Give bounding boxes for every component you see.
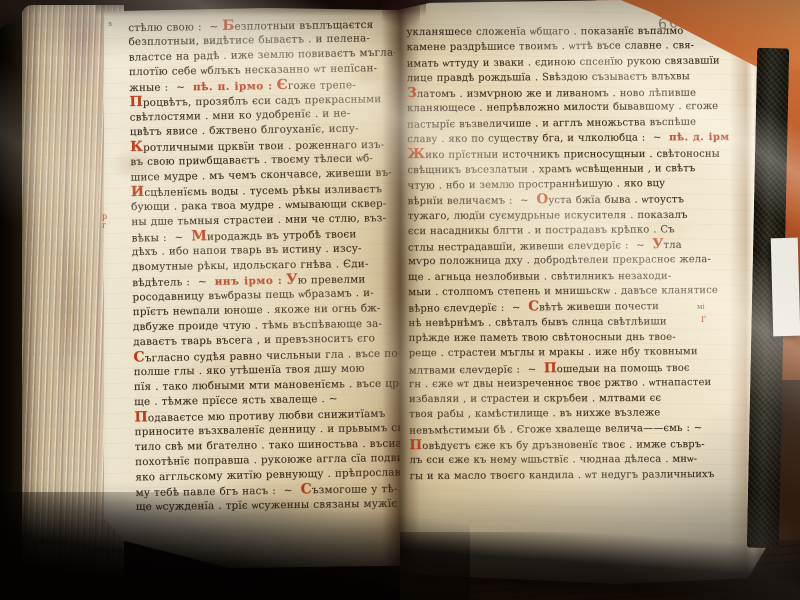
rubric-initial: Є [276, 77, 288, 93]
ink-text: плотїю себе ѡблъкъ несказанно ѡт непїсан… [129, 62, 377, 78]
ink-text: избавляи , и страстеи и скръбеи . млтвам… [409, 393, 661, 405]
rubric-initial: У [652, 236, 663, 252]
ink-text: мыи . столпомъ степень и мнишьскѡ . давъ… [408, 285, 718, 298]
rubric-initial: С [528, 299, 539, 315]
left-page: стѣлю свою : ~ Безплотныи въплъщаєтсябез… [104, 8, 402, 568]
rubric-initial: П [134, 409, 148, 425]
ink-text: лъ єси єже къ нему ѡшьствїє . чюднаа дѣл… [409, 454, 697, 466]
margin-mark: мі [697, 303, 705, 311]
ink-text: єси насадникы блгти . и пострадавъ крѣпк… [408, 224, 675, 237]
ink-text: двомутные рѣкы, идольскаго гнѣва . Єди- [132, 258, 369, 273]
ink-text: реще . страстеи мъглы и мракы . иже нбу … [409, 346, 698, 359]
ink-text: прїєтъ неѡпали юноше . якоже ни огнь бж- [133, 302, 381, 318]
ink-text: ико прїєтныи источникъ присносущныи . св… [425, 149, 720, 161]
ink-text: му тебѣ павле бгъ насъ : ~ [135, 484, 300, 499]
ink-text: ъзмогоше у тѣ- [312, 483, 398, 496]
rubric-initial: К [130, 139, 143, 155]
rubric-initial: Ж [407, 146, 425, 162]
ink-text: ще . тѣмже прїєсе ясть хвалеще . ~ [134, 393, 338, 408]
ink-text: кланяющесе . непрѣвложно милости бывавшо… [407, 101, 718, 114]
ink-text: уста бжїа быва . ѡтоустъ [548, 194, 684, 206]
manuscript-line: гн . єже ѡт двы неизреченноє твоє ржтво … [409, 375, 731, 393]
ink-text: млтвами єлеѵдерїє : ~ [409, 364, 544, 376]
ink-text: имать ѡттуду и зваки . єдиною спсенїю ру… [407, 55, 720, 69]
ink-text: цвѣтъ явисе . бжтвено блгоуханїє, испу- [130, 123, 359, 139]
ink-text: вѣдѣтель : ~ [132, 276, 215, 289]
ink-text: стѣлю свою : ~ [128, 21, 222, 34]
margin-mark: рг [102, 212, 110, 230]
right-page: укланяшесе сложенїа ѡбщаго . показанїє в… [400, 0, 774, 584]
ink-text: вѣрно єлеѵдерїє : ~ [408, 303, 528, 315]
left-page-text: стѣлю свою : ~ Безплотныи въплъщаєтсябез… [128, 16, 402, 515]
ink-text: стлы нестрадавшїи, живеши єлеѵдерїє : ~ [408, 240, 653, 254]
rubric-text: пѣ. д. ірмо : [669, 132, 729, 144]
ink-text: невъмѣстимыи бѣ . Єгоже хвалеще велича——… [409, 422, 702, 436]
ink-text: гы и ка масло твоєго кандила . ѡт недугъ… [410, 469, 715, 482]
rubric-text: инъ ірмо : [215, 275, 283, 288]
right-page-text: укланяшесе сложенїа ѡбщаго . показанїє в… [406, 23, 731, 484]
rubric-initial: П [544, 360, 557, 376]
ink-text: тужаго, людїи суємудрьные искусителя . п… [408, 209, 688, 221]
ink-text: мѵро положница дху . добродѣтелеи прекра… [408, 254, 711, 267]
ink-text: иродаждь въ утробѣ твоєи [207, 228, 357, 243]
ink-text: вѣтѣ живеши почести [539, 301, 659, 313]
manuscript-line: гы и ка масло твоєго кандила . ѡт недугъ… [409, 466, 731, 484]
ink-text: укланяшесе сложенїа ѡбщаго . показанїє в… [406, 26, 683, 38]
ink-text: тла [663, 240, 681, 251]
ink-text: ще ѡсужденїа . трїє ѡсуженны связаны муж… [136, 497, 402, 513]
ink-text: дѣхъ . ибо напои тварь въ истину . изсу- [132, 242, 362, 258]
margin-mark: з [108, 20, 112, 28]
ink-text: славу . яко по существу бга, и члколюбца… [407, 132, 669, 145]
ink-text: камене раздрѣшисе твоимъ . ѡттѣ въсе сла… [407, 40, 695, 53]
rubric-text: пѣ. п. ірмо : [193, 80, 273, 93]
manuscript-line: Повѣдуєтъ єже къ бу дръзновенїє твоє . и… [409, 436, 731, 454]
ink-text: твоя рабы , камѣстилище . въ нихже възле… [409, 408, 660, 421]
rubric-initial: П [409, 437, 422, 453]
ink-text: ошедыи на помощь твоє [557, 362, 690, 374]
manuscript-line: мѵро положница дху . добродѣтелеи прекра… [408, 252, 730, 270]
ink-text: ще . агньца незлобивыи . свѣтилникъ неза… [408, 271, 671, 283]
rubric-initial: М [191, 228, 207, 244]
rubric-initial: С [300, 481, 312, 497]
ink-text: гоже трепе- [288, 79, 356, 92]
ink-text: жные : ~ [129, 81, 193, 94]
ink-text: двбуже проиде чтую . тѣмь въспѣвающе за- [133, 318, 382, 333]
margin-mark: г [701, 314, 706, 325]
manuscript-line: нѣ невѣрнѣмъ . свѣталъ бывъ слнца свѣтлѣ… [408, 314, 730, 332]
ink-text: свѣтлостями . мни ко удобренїє . и не- [130, 107, 351, 123]
ink-text: полше глы . яко утѣшенїа твоя дшу мою [134, 362, 365, 378]
ink-text: ю превелми [298, 273, 366, 286]
manuscript-line: лице правдѣ рождьшїа . Ѕвѣздою съзываєтъ… [407, 69, 729, 87]
ink-text: гн . єже ѡт двы неизреченноє твоє ржтво … [409, 377, 711, 390]
rubric-initial: У [286, 271, 298, 287]
rubric-initial: З [407, 85, 417, 101]
rubric-initial: И [131, 184, 145, 200]
ink-text: латомъ . измѵрною же и ливаномъ . ново л… [417, 88, 696, 100]
ink-text: свѣщникъ въсезлатыи . храмъ ѡсвѣщенныи ,… [407, 163, 695, 176]
ink-text: лице правдѣ рождьшїа . Ѕвѣздою съзываєтъ… [407, 71, 690, 84]
manuscript-line: ще ѡсужденїа . трїє ѡсуженны связаны муж… [136, 497, 402, 515]
ink-text: вѣрнїи величаємъ : ~ [408, 195, 537, 207]
ink-text: чтую . нбо и землю пространнѣишую . яко … [407, 178, 665, 192]
manuscript-photo: стѣлю свою : ~ Безплотныи въплъщаєтсябез… [0, 0, 800, 600]
ink-text: нѣ невѣрнѣмъ . свѣталъ бывъ слнца свѣтлѣ… [408, 316, 666, 329]
rubric-initial: Б [222, 18, 234, 34]
rubric-initial: О [536, 191, 548, 207]
ink-text: вѣкы : ~ [131, 231, 191, 244]
rubric-initial: П [129, 94, 143, 110]
ink-text: пастырїє възвеличише . и агглъ множьства… [407, 116, 696, 130]
ink-text: приносите възхваленїє денницу . и прьвым… [135, 422, 401, 438]
manuscript-line: вѣрнїи величаємъ : ~ Оуста бжїа быва . ѡ… [408, 191, 730, 209]
ink-text: овѣдуєтъ єже къ бу дръзновенїє твоє . им… [422, 439, 705, 452]
rubric-initial: С [133, 349, 145, 365]
paper-slip [771, 238, 800, 337]
ink-text: прѣжде иже паметь твою свѣтоносныи днь т… [409, 332, 676, 344]
